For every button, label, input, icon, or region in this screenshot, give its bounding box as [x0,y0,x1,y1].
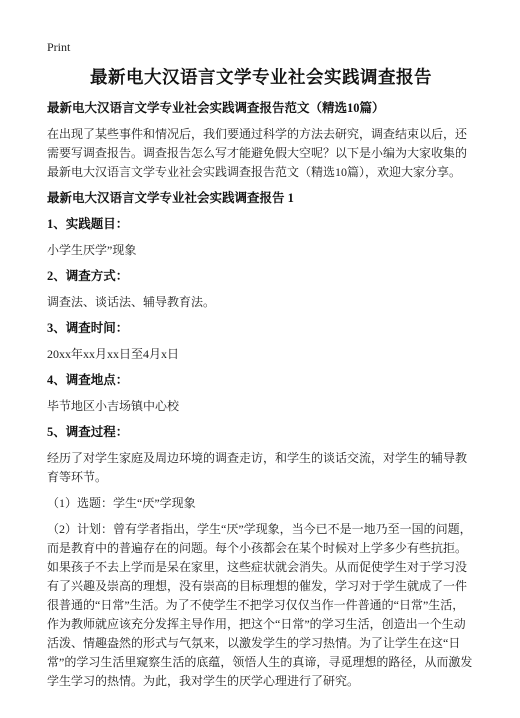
item-3-body: 20xx年xx月xx日至4月x日 [47,345,475,364]
document-page: { "colors": { "background": "#ffffff", "… [0,0,520,718]
section-1-title: 最新电大汉语言文学专业社会实践调查报告 1 [47,189,475,208]
item-1-body: 小学生厌学”现象 [47,241,475,260]
item-4-heading: 4、调查地点： [47,371,475,390]
section-1-body: 1、实践题目： 小学生厌学”现象 2、调查方式： 调查法、谈话法、辅导教育法。 … [47,215,475,691]
doc-subtitle: 最新电大汉语言文学专业社会实践调查报告范文（精选10篇） [47,99,475,118]
process-step-2: （2）计划：曾有学者指出，学生“厌”学现象，当今已不是一地乃至一国的问题，而是教… [47,520,475,691]
item-5-heading: 5、调查过程： [47,423,475,442]
item-3-heading: 3、调查时间： [47,319,475,338]
item-5-body: 经历了对学生家庭及周边环境的调查走访，和学生的谈话交流，对学生的辅导教育等环节。 [47,449,475,487]
item-2-heading: 2、调查方式： [47,267,475,286]
process-step-1: （1）选题：学生“厌”学现象 [47,494,475,513]
intro-paragraph: 在出现了某些事件和情况后，我们要通过科学的方法去研究，调查结束以后，还需要写调查… [47,125,475,182]
item-2-body: 调查法、谈话法、辅导教育法。 [47,293,475,312]
item-1-heading: 1、实践题目： [47,215,475,234]
page-title: 最新电大汉语言文学专业社会实践调查报告 [47,66,475,88]
print-link[interactable]: Print [47,40,70,55]
item-4-body: 毕节地区小吉场镇中心校 [47,397,475,416]
